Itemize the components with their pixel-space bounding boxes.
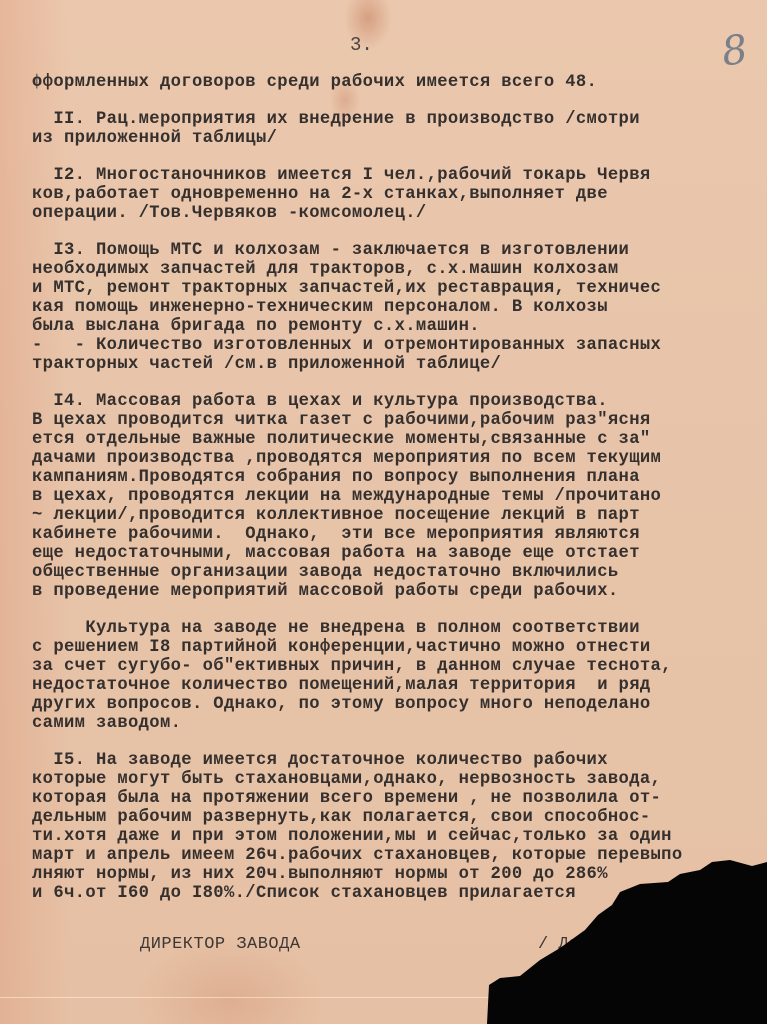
torn-corner-missing-area: [0, 0, 767, 1024]
